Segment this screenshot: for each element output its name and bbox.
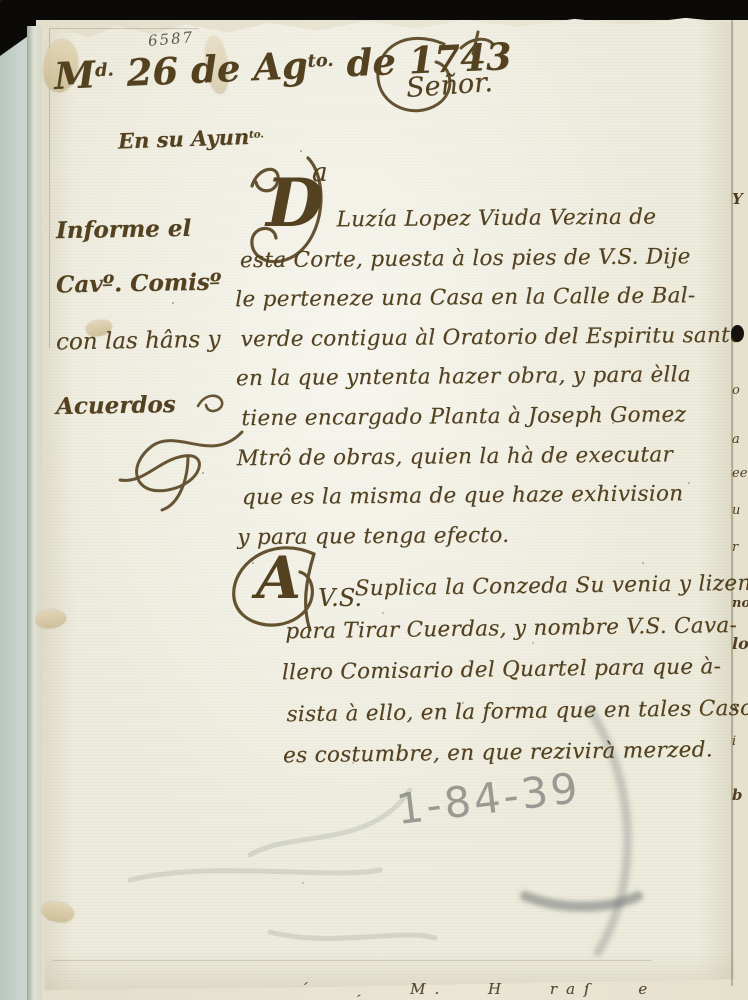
bottom-page-fragment: ´ ˏ M. H raſ e bbox=[300, 980, 656, 999]
manuscript-scan: 6587 Md. 26 de Agto. de 1743 Señor. En s… bbox=[0, 0, 748, 1000]
margin-header-superscript: to. bbox=[249, 129, 264, 141]
body-line: llero Comisario del Quartel para que à- bbox=[282, 654, 748, 702]
ink-blot bbox=[731, 325, 744, 342]
salutation: Señor. bbox=[405, 67, 494, 104]
body-line: Luzía Lopez Viuda Vezina de bbox=[234, 204, 740, 248]
lead-in-superscript: a bbox=[312, 158, 328, 188]
ink-specks bbox=[0, 0, 2, 2]
edge-fragment: x bbox=[732, 700, 739, 715]
next-page-edge-fragments: Yoaeeurnoloxib bbox=[730, 0, 748, 1000]
edge-fragment: Y bbox=[732, 190, 743, 208]
edge-fragment: b bbox=[732, 786, 743, 804]
margin-note: Acuerdos bbox=[56, 391, 176, 420]
binding-guard-strip bbox=[27, 26, 42, 1000]
date-superscript: to. bbox=[307, 50, 334, 72]
acuerdos-paraph-icon bbox=[196, 390, 230, 418]
body-paragraph-1: Luzía Lopez Viuda Vezina deesta Corte, p… bbox=[234, 204, 743, 565]
edge-fragment: lo bbox=[732, 634, 748, 653]
body-line: verde contigua àl Oratorio del Espiritu … bbox=[240, 323, 741, 367]
date-superscript: d. bbox=[95, 59, 114, 81]
rubric-flourish-icon bbox=[90, 420, 255, 520]
body-paragraph-2: Suplica la Conzeda Su venia y lizenziapa… bbox=[285, 571, 748, 785]
body-line: Suplica la Conzeda Su venia y lizenzia bbox=[281, 571, 748, 619]
margin-note: con las hâns y bbox=[56, 327, 221, 356]
date-part: M bbox=[53, 52, 96, 98]
body-line: esta Corte, puesta à los pies de V.S. Di… bbox=[240, 243, 741, 287]
margin-note: Cavº. Comisº bbox=[56, 269, 222, 299]
date-part: 26 de Ag bbox=[113, 43, 309, 95]
edge-fragment: a bbox=[732, 432, 740, 447]
edge-fragment: ee bbox=[732, 466, 747, 481]
body-line: le perteneze una Casa en la Calle de Bal… bbox=[235, 283, 741, 327]
margin-note: Informe el bbox=[56, 215, 192, 244]
body-line: tiene encargado Planta à Joseph Gomez bbox=[241, 402, 742, 446]
body-line: en la que yntenta hazer obra, y para èll… bbox=[236, 362, 742, 406]
body-line: Mtrô de obras, quien la hà de executar bbox=[237, 441, 743, 485]
edge-fragment: no bbox=[732, 596, 748, 611]
edge-fragment: u bbox=[732, 503, 740, 518]
edge-fragment: o bbox=[732, 383, 740, 398]
edge-fragment: r bbox=[732, 540, 738, 555]
body-line: sista à ello, en la forma que en tales C… bbox=[286, 695, 748, 743]
edge-fragment: i bbox=[732, 734, 736, 749]
body-line: que es la misma de que haze exhivision bbox=[242, 481, 743, 525]
body-line: para Tirar Cuerdas, y nombre V.S. Cava- bbox=[285, 612, 748, 660]
